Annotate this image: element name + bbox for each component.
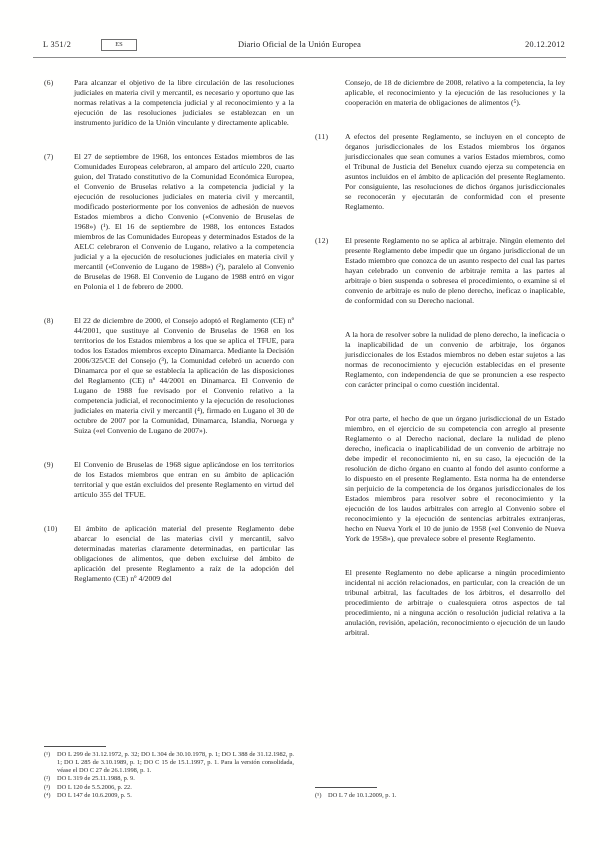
- recital-text: El ámbito de aplicación material del pre…: [74, 524, 294, 584]
- recital-text: El presente Reglamento no debe aplicarse…: [345, 568, 565, 638]
- footnote: (¹) DO L 299 de 31.12.1972, p. 32; DO L …: [44, 751, 294, 776]
- journal-title: Diario Oficial de la Unión Europea: [238, 40, 361, 50]
- recital-text: El 22 de diciembre de 2000, el Consejo a…: [74, 316, 294, 436]
- recital-number: (11): [315, 132, 345, 212]
- footnote-text: DO L 319 de 25.11.1988, p. 9.: [57, 775, 294, 783]
- recital-paragraph: (8) El 22 de diciembre de 2000, el Conse…: [44, 316, 294, 436]
- right-column: Consejo, de 18 de diciembre de 2008, rel…: [315, 78, 565, 800]
- footnote: (⁴) DO L 147 de 10.6.2009, p. 5.: [44, 792, 294, 800]
- recital-paragraph: Por otra parte, el hecho de que un órgan…: [315, 414, 565, 544]
- recital-paragraph: El presente Reglamento no debe aplicarse…: [315, 568, 565, 638]
- footnote: (⁵) DO L 7 de 10.1.2009, p. 1.: [315, 792, 565, 800]
- recital-text: A la hora de resolver sobre la nulidad d…: [345, 330, 565, 390]
- recital-paragraph: (12) El presente Reglamento no se aplica…: [315, 236, 565, 306]
- footnote: (²) DO L 319 de 25.11.1988, p. 9.: [44, 775, 294, 783]
- footnote-text: DO L 147 de 10.6.2009, p. 5.: [57, 792, 294, 800]
- footnote-marker: (³): [44, 784, 57, 792]
- recital-number: [315, 414, 345, 544]
- footnote-text: DO L 120 de 5.5.2006, p. 22.: [57, 784, 294, 792]
- left-paragraph-list: (6) Para alcanzar el objetivo de la libr…: [44, 78, 294, 584]
- recital-text: Consejo, de 18 de diciembre de 2008, rel…: [345, 78, 565, 108]
- recital-text: Para alcanzar el objetivo de la libre ci…: [74, 78, 294, 128]
- publication-date: 20.12.2012: [361, 40, 565, 50]
- recital-number: (10): [44, 524, 74, 584]
- text-columns: (6) Para alcanzar el objetivo de la libr…: [44, 78, 565, 800]
- left-footnote-list: (¹) DO L 299 de 31.12.1972, p. 32; DO L …: [44, 751, 294, 800]
- right-footnote-list: (⁵) DO L 7 de 10.1.2009, p. 1.: [315, 792, 565, 800]
- language-code-box: ES: [101, 39, 136, 51]
- recital-text: A efectos del presente Reglamento, se in…: [345, 132, 565, 212]
- recital-paragraph: A la hora de resolver sobre la nulidad d…: [315, 330, 565, 390]
- recital-paragraph: (6) Para alcanzar el objetivo de la libr…: [44, 78, 294, 128]
- official-journal-page: L 351/2 ES Diario Oficial de la Unión Eu…: [0, 0, 599, 848]
- left-footnotes-block: (¹) DO L 299 de 31.12.1972, p. 32; DO L …: [44, 746, 294, 800]
- right-footnotes-block: (⁵) DO L 7 de 10.1.2009, p. 1.: [315, 787, 565, 800]
- header-divider-rule: [33, 57, 566, 58]
- footnote-marker: (²): [44, 775, 57, 783]
- page-reference: L 351/2: [34, 40, 71, 50]
- recital-text: El presente Reglamento no se aplica al a…: [345, 236, 565, 306]
- right-paragraph-list: Consejo, de 18 de diciembre de 2008, rel…: [315, 78, 565, 638]
- left-column: (6) Para alcanzar el objetivo de la libr…: [44, 78, 294, 800]
- recital-text: El Convenio de Bruselas de 1968 sigue ap…: [74, 460, 294, 500]
- recital-number: (12): [315, 236, 345, 306]
- recital-number: [315, 330, 345, 390]
- footnote-text: DO L 7 de 10.1.2009, p. 1.: [328, 792, 565, 800]
- recital-paragraph: (10) El ámbito de aplicación material de…: [44, 524, 294, 584]
- recital-paragraph: (7) El 27 de septiembre de 1968, los ent…: [44, 152, 294, 292]
- recital-text: Por otra parte, el hecho de que un órgan…: [345, 414, 565, 544]
- recital-number: (9): [44, 460, 74, 500]
- recital-number: [315, 568, 345, 638]
- footnote-divider-rule: [44, 746, 106, 747]
- footnote-marker: (⁴): [44, 792, 57, 800]
- recital-paragraph: Consejo, de 18 de diciembre de 2008, rel…: [315, 78, 565, 108]
- footnote-text: DO L 299 de 31.12.1972, p. 32; DO L 304 …: [57, 751, 294, 776]
- recital-paragraph: (11) A efectos del presente Reglamento, …: [315, 132, 565, 212]
- recital-text: El 27 de septiembre de 1968, los entonce…: [74, 152, 294, 292]
- footnote-marker: (¹): [44, 751, 57, 776]
- footnote: (³) DO L 120 de 5.5.2006, p. 22.: [44, 784, 294, 792]
- page-header: L 351/2 ES Diario Oficial de la Unión Eu…: [34, 39, 565, 51]
- recital-number: [315, 78, 345, 108]
- recital-number: (6): [44, 78, 74, 128]
- recital-paragraph: (9) El Convenio de Bruselas de 1968 sigu…: [44, 460, 294, 500]
- header-left-group: L 351/2 ES: [34, 39, 238, 51]
- footnote-marker: (⁵): [315, 792, 328, 800]
- recital-number: (7): [44, 152, 74, 292]
- recital-number: (8): [44, 316, 74, 436]
- footnote-divider-rule: [315, 787, 377, 788]
